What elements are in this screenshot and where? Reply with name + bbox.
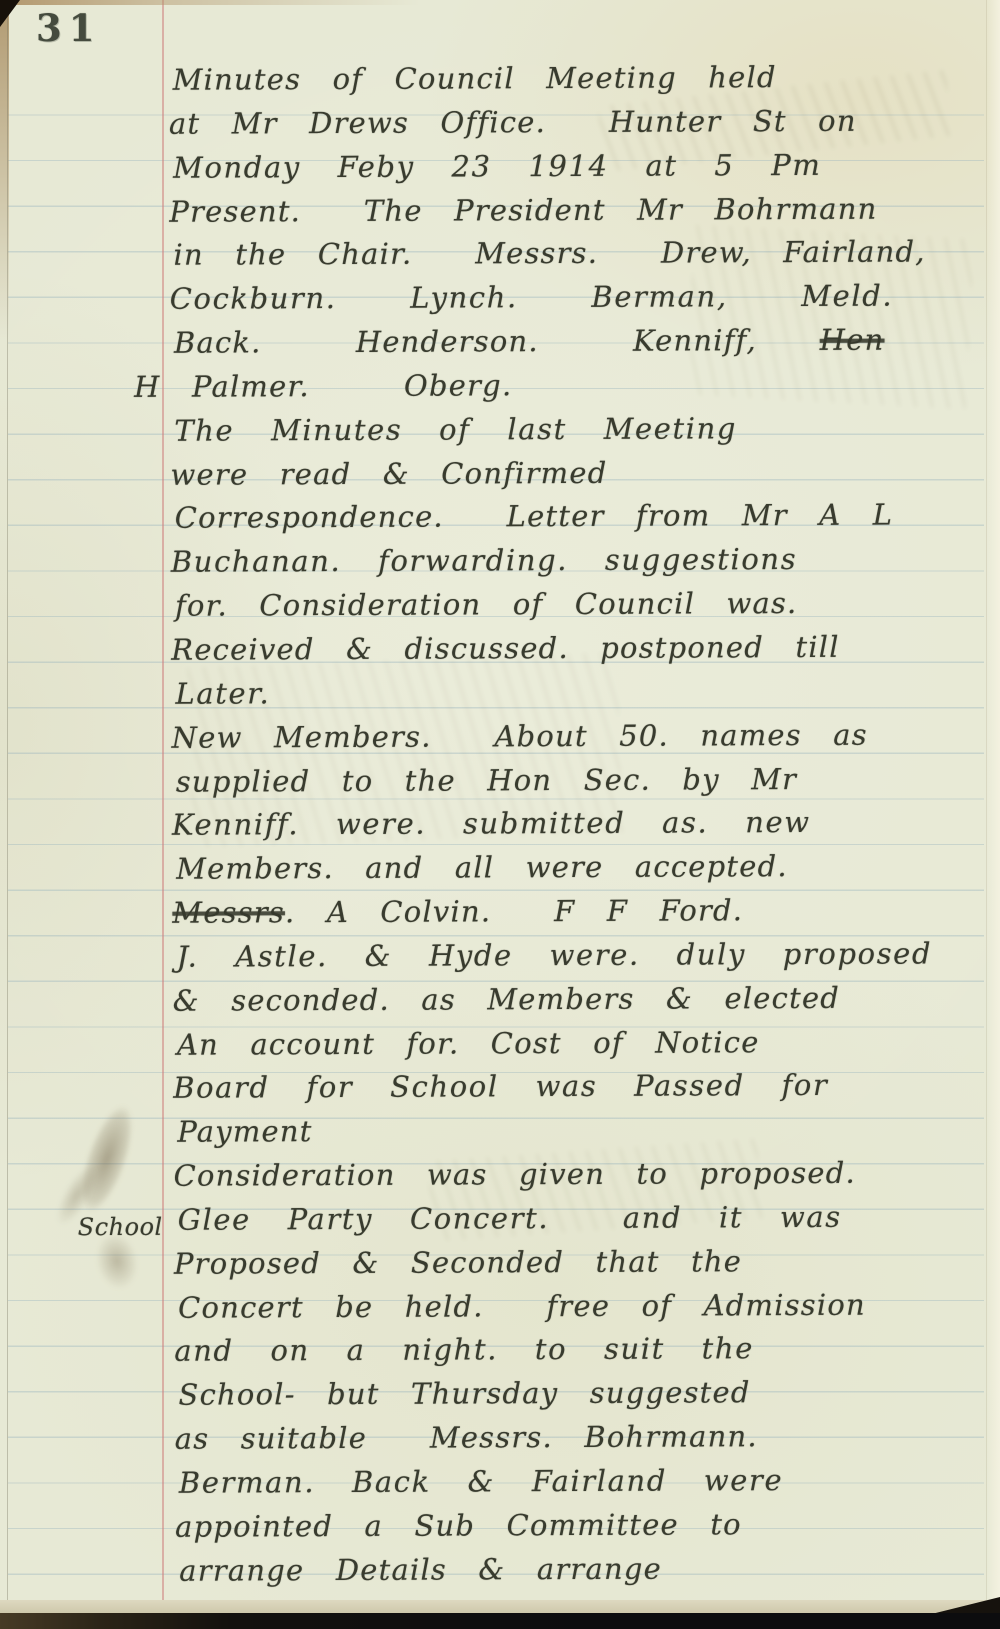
handwritten-text: Board for School was Passed for (173, 1068, 828, 1105)
page-number-stamp: 31 (36, 6, 102, 50)
handwritten-line: Members. and all were accepted. (176, 844, 972, 891)
paper-right-edge (986, 0, 1000, 1613)
handwritten-line: Present. The President Mr Bohrmann (169, 187, 969, 234)
handwritten-text: as suitable Messrs. Bohrmann. (175, 1419, 758, 1456)
handwritten-line: Cockburn. Lynch. Berman, Meld. (170, 274, 970, 321)
handwritten-text: at Mr Drews Office. Hunter St on (169, 104, 857, 141)
handwritten-text: Cockburn. Lynch. Berman, Meld. (170, 279, 894, 316)
handwritten-text: and on a night. to suit the (174, 1332, 754, 1369)
handwritten-text: The Minutes of last Meeting (174, 411, 737, 447)
handwritten-line: Berman. Back & Fairland were (179, 1458, 975, 1505)
handwritten-text: Payment (177, 1114, 312, 1149)
struck-out-word: Messrs (172, 895, 285, 929)
handwritten-line: Consideration was given to proposed. (173, 1151, 973, 1198)
handwritten-text: were read & Confirmed (170, 455, 607, 491)
struck-out-word: Hen (820, 323, 885, 357)
handwritten-line: arrange Details & arrange (179, 1546, 975, 1593)
handwritten-text: & seconded. as Members & elected (173, 981, 840, 1018)
handwritten-text: supplied to the Hon Sec. by Mr (176, 762, 797, 799)
handwritten-line: Correspondence. Letter from Mr A L (175, 494, 971, 541)
handwritten-line: H Palmer. Oberg. (134, 362, 970, 409)
paper-left-edge-line (7, 0, 8, 1613)
margin-note: School (78, 1206, 163, 1250)
handwritten-line: Later. (175, 669, 971, 716)
paper-corner-shadow (0, 0, 20, 27)
handwritten-text: Kenniff. were. submitted as. new (172, 805, 811, 842)
handwritten-line: School- but Thursday suggested (178, 1371, 974, 1418)
handwritten-text: . A Colvin. F F Ford. (285, 893, 743, 929)
ledger-page: 31 Minutes of Council Meeting heldat Mr … (0, 0, 1000, 1613)
handwritten-text: Members. and all were accepted. (176, 849, 788, 886)
handwritten-line: Board for School was Passed for (173, 1064, 973, 1111)
handwritten-text: arrange Details & arrange (179, 1551, 662, 1587)
handwritten-line: Kenniff. were. submitted as. new (172, 801, 972, 848)
paper-right-edge-line (986, 0, 987, 1605)
handwritten-line: Back. Henderson. Kenniff, Hen (174, 318, 970, 365)
handwritten-text: Present. The President Mr Bohrmann (169, 191, 877, 228)
handwritten-text: Received & discussed. postponed till (171, 630, 840, 667)
handwritten-line: The Minutes of last Meeting (174, 406, 970, 453)
handwritten-line: in the Chair. Messrs. Drew, Fairland, (173, 231, 969, 278)
handwritten-text: J. Astle. & Hyde were. duly proposed (176, 936, 932, 973)
handwritten-line: Messrs. A Colvin. F F Ford. (172, 888, 972, 935)
handwritten-line: Concert be held. free of Admission (178, 1283, 974, 1330)
handwritten-text: Glee Party Concert. and it was (178, 1200, 842, 1237)
handwritten-text: New Members. About 50. names as (172, 717, 868, 754)
handwritten-text: Proposed & Seconded that the (174, 1244, 742, 1280)
handwritten-text: School- but Thursday suggested (178, 1376, 750, 1412)
handwritten-text: for. Consideration of Council was. (175, 586, 798, 623)
handwritten-text: Concert be held. free of Admission (178, 1287, 866, 1324)
handwritten-text: Correspondence. Letter from Mr A L (175, 498, 894, 535)
handwritten-line: for. Consideration of Council was. (175, 581, 971, 628)
handwritten-text: Buchanan. forwarding. suggestions (171, 542, 797, 579)
handwritten-text: Consideration was given to proposed. (173, 1156, 856, 1193)
handwritten-line: J. Astle. & Hyde were. duly proposed (176, 932, 972, 979)
handwritten-text: An account for. Cost of Notice (177, 1025, 760, 1062)
handwritten-text: Back. Henderson. Kenniff, (174, 323, 820, 360)
handwritten-text: in the Chair. Messrs. Drew, Fairland, (173, 235, 925, 272)
handwritten-line: Received & discussed. postponed till (171, 625, 971, 672)
handwritten-line: & seconded. as Members & elected (173, 976, 973, 1023)
handwritten-line: Proposed & Seconded that the (174, 1239, 974, 1286)
handwritten-text: Berman. Back & Fairland were (179, 1463, 783, 1500)
handwritten-line: at Mr Drews Office. Hunter St on (169, 99, 969, 146)
handwritten-text: Minutes of Council Meeting held (173, 60, 777, 97)
handwritten-line: Monday Feby 23 1914 at 5 Pm (173, 143, 969, 190)
handwritten-text: H Palmer. Oberg. (134, 368, 512, 404)
handwritten-line: New Members. About 50. names as (172, 713, 972, 760)
handwritten-line: appointed a Sub Committee to (175, 1502, 975, 1549)
handwritten-text: Monday Feby 23 1914 at 5 Pm (173, 148, 821, 185)
paper-top-edge (0, 0, 1000, 5)
handwritten-line: Payment (177, 1108, 973, 1155)
handwritten-line: Minutes of Council Meeting held (173, 55, 969, 102)
handwritten-text: Later. (175, 676, 270, 710)
handwritten-line: supplied to the Hon Sec. by Mr (176, 757, 972, 804)
handwritten-text: appointed a Sub Committee to (175, 1507, 742, 1543)
handwritten-line: Buchanan. forwarding. suggestions (171, 538, 971, 585)
handwriting-block: Minutes of Council Meeting heldat Mr Dre… (169, 55, 976, 1593)
handwritten-line: as suitable Messrs. Bohrmann. (175, 1414, 975, 1461)
handwritten-line: SchoolGlee Party Concert. and it was (178, 1195, 974, 1242)
handwritten-line: An account for. Cost of Notice (177, 1020, 973, 1067)
handwritten-line: and on a night. to suit the (174, 1327, 974, 1374)
handwritten-line: were read & Confirmed (170, 450, 970, 497)
red-margin-line (162, 0, 164, 1612)
page-bottom-edge (0, 1600, 1000, 1614)
desk-background (0, 1613, 1000, 1629)
